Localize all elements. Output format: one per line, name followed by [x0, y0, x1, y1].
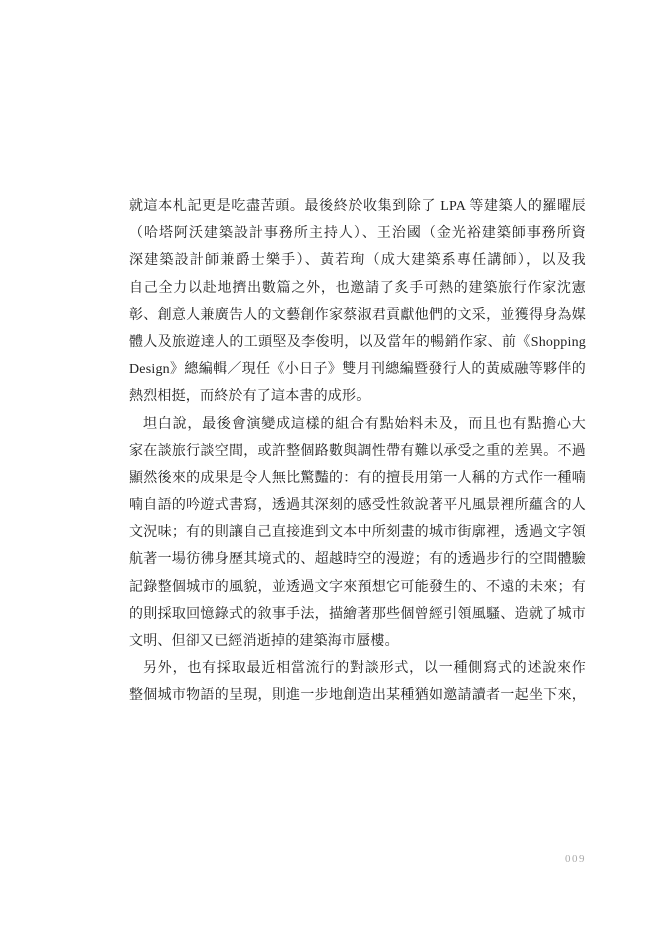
text-line: 深建築設計師兼爵士樂手）、黃若珣（成大建築系專任講師），以及我	[129, 247, 586, 274]
text-line: 家在談旅行談空間，或許整個路數與調性帶有難以承受之重的差異。不過	[129, 438, 586, 465]
text-line: 喃自語的吟遊式書寫，透過其深刻的感受性敘說著平凡風景裡所蘊含的人	[129, 492, 586, 519]
text-line: 文況味；有的則讓自己直接進到文本中所刻畫的城市街廓裡，透過文字領	[129, 519, 586, 546]
text-line: 航著一場彷彿身歷其境式的、超越時空的漫遊；有的透過步行的空間體驗	[129, 546, 586, 573]
text-line: 顯然後來的成果是令人無比驚豔的：有的擅長用第一人稱的方式作一種喃	[129, 465, 586, 492]
text-line: 自己全力以赴地擠出數篇之外，也邀請了炙手可熱的建築旅行作家沈憲	[129, 275, 586, 302]
text-line: 另外，也有採取最近相當流行的對談形式，以一種側寫式的述說來作	[129, 655, 586, 682]
text-line: 就這本札記更是吃盡苦頭。最後終於收集到除了 LPA 等建築人的羅曜辰	[129, 193, 586, 220]
text-line: 彰、創意人兼廣告人的文藝創作家蔡淑君貢獻他們的文采，並獲得身為媒	[129, 302, 586, 329]
text-line: 記錄整個城市的風貌，並透過文字來預想它可能發生的、不遠的未來；有	[129, 574, 586, 601]
text-line: 整個城市物語的呈現，則進一步地創造出某種猶如邀請讀者一起坐下來，	[129, 682, 586, 709]
text-line: 熱烈相挺，而終於有了這本書的成形。	[129, 383, 586, 410]
text-line: 的則採取回憶錄式的敘事手法，描繪著那些個曾經引領風騷、造就了城市	[129, 601, 586, 628]
text-line: （哈塔阿沃建築設計事務所主持人）、王治國（金光裕建築師事務所資	[129, 220, 586, 247]
paragraph: 坦白說，最後會演變成這樣的組合有點始料未及，而且也有點擔心大家在談旅行談空間，或…	[129, 411, 586, 656]
book-page: 就這本札記更是吃盡苦頭。最後終於收集到除了 LPA 等建築人的羅曜辰（哈塔阿沃建…	[0, 0, 663, 932]
text-line: 文明、但卻又已經消逝掉的建築海市蜃樓。	[129, 628, 586, 655]
body-text: 就這本札記更是吃盡苦頭。最後終於收集到除了 LPA 等建築人的羅曜辰（哈塔阿沃建…	[129, 193, 586, 710]
paragraph: 另外，也有採取最近相當流行的對談形式，以一種側寫式的述說來作整個城市物語的呈現，…	[129, 655, 586, 709]
paragraph: 就這本札記更是吃盡苦頭。最後終於收集到除了 LPA 等建築人的羅曜辰（哈塔阿沃建…	[129, 193, 586, 411]
page-number: 009	[129, 853, 586, 865]
text-line: 體人及旅遊達人的工頭堅及李俊明，以及當年的暢銷作家、前《Shopping	[129, 329, 586, 356]
text-line: Design》總編輯／現任《小日子》雙月刊總編暨發行人的黃威融等夥伴的	[129, 356, 586, 383]
text-line: 坦白說，最後會演變成這樣的組合有點始料未及，而且也有點擔心大	[129, 411, 586, 438]
